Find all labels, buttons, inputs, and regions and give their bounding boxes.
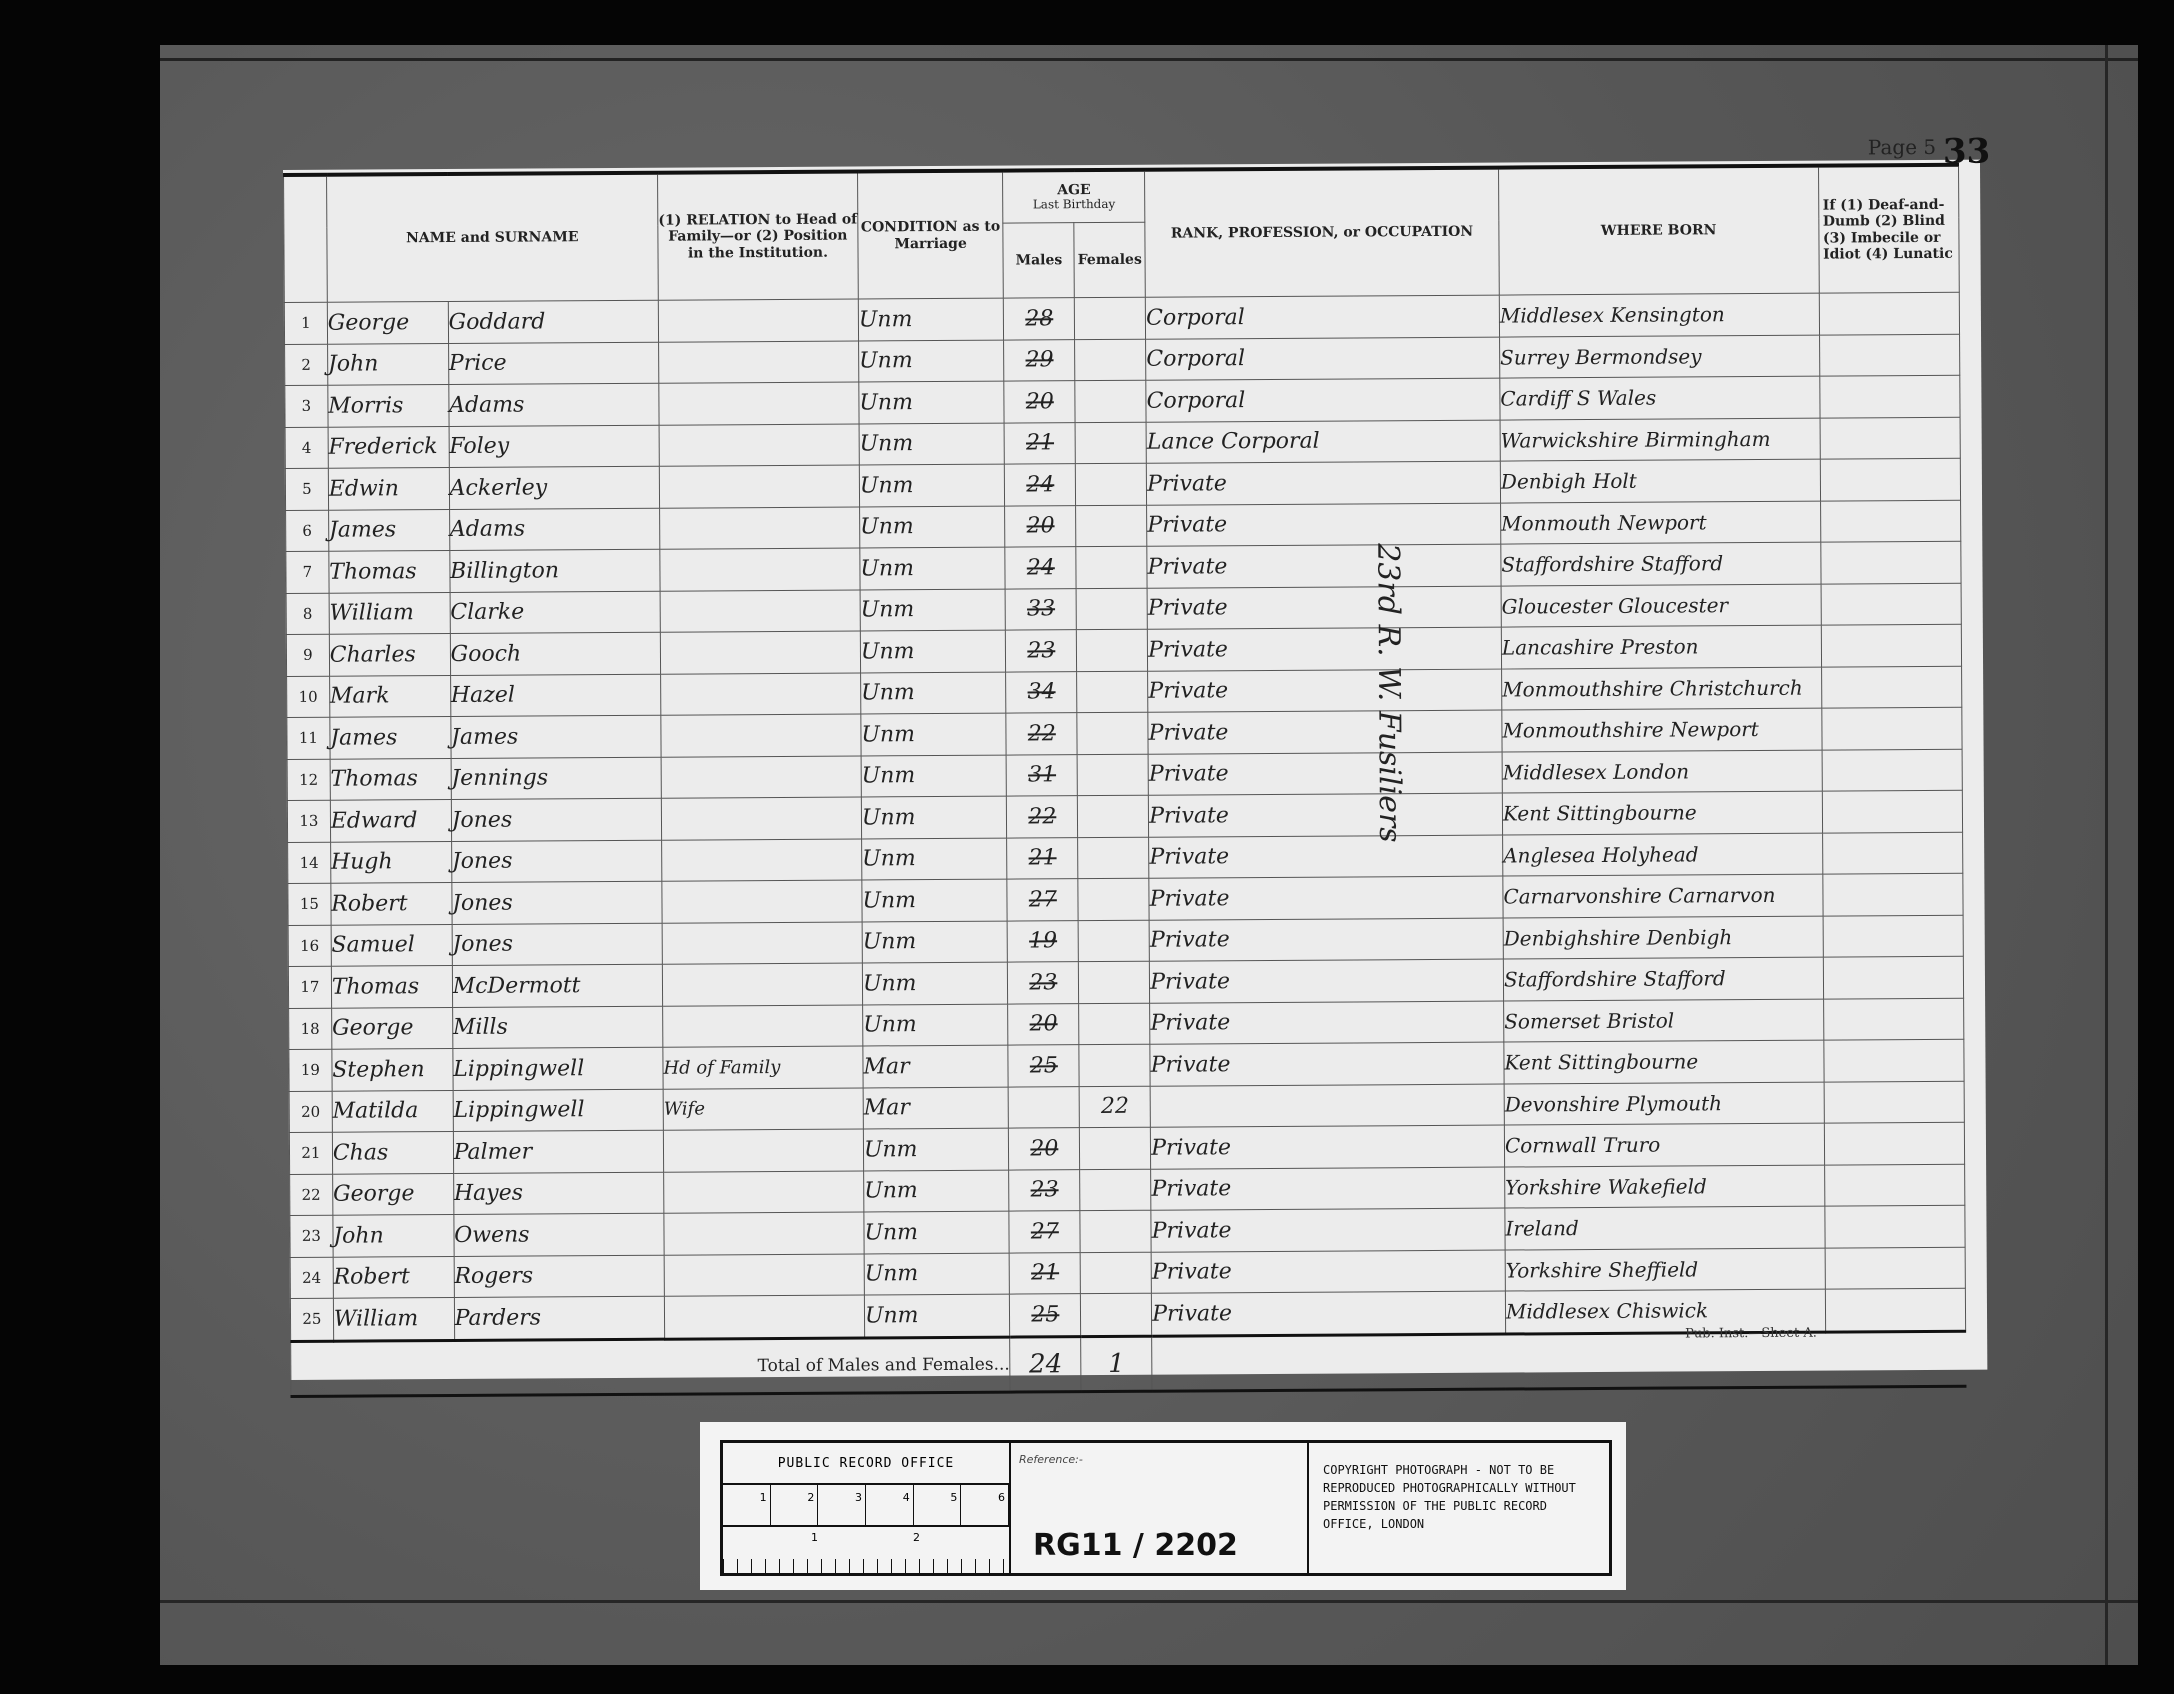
first-name: Thomas: [330, 758, 451, 800]
where-born: Monmouth Newport: [1501, 501, 1821, 544]
occupation: Private: [1149, 835, 1503, 879]
relation: [662, 880, 862, 923]
age-male: 24: [1005, 547, 1076, 589]
marital-condition: Unm: [858, 298, 1004, 340]
where-born: Yorkshire Sheffield: [1505, 1248, 1825, 1291]
age-male: 33: [1006, 588, 1077, 630]
surname: Foley: [449, 425, 660, 468]
age-male: 21: [1010, 1252, 1081, 1294]
age-male: 27: [1009, 1211, 1080, 1253]
relation: [659, 465, 859, 508]
relation: [660, 506, 860, 549]
infirmity: [1824, 1164, 1965, 1206]
first-name: Robert: [331, 882, 452, 924]
age-female: [1078, 795, 1149, 837]
relation: [663, 1004, 863, 1047]
where-born: Kent Sittingbourne: [1504, 1040, 1824, 1083]
surname: Goddard: [448, 300, 659, 343]
first-name: James: [330, 716, 451, 758]
row-number: 14: [288, 842, 331, 884]
header-row-number: [284, 175, 328, 303]
age-female: [1077, 712, 1148, 754]
row-number: 11: [287, 717, 330, 759]
marital-condition: Unm: [860, 630, 1006, 672]
scale-tick-label: 1: [811, 1531, 818, 1544]
scale-tick-label: 5: [914, 1485, 962, 1525]
surname: James: [451, 715, 662, 758]
label-frame: PUBLIC RECORD OFFICE 1 2 3 4 5 6 1 2 Ref…: [720, 1440, 1612, 1576]
age-male: 23: [1008, 962, 1079, 1004]
surname: Hayes: [453, 1172, 664, 1215]
row-number: 15: [288, 883, 331, 925]
scale-tick-label: 6: [961, 1485, 1009, 1525]
infirmity: [1825, 1247, 1966, 1289]
occupation: [1150, 1084, 1504, 1128]
relation: [661, 714, 861, 757]
surname: Jones: [451, 840, 662, 883]
scale-tick-label: 2: [771, 1485, 819, 1525]
first-name: George: [331, 1007, 452, 1049]
scale-tick-label: 4: [866, 1485, 914, 1525]
scale-tick-label: 3: [818, 1485, 866, 1525]
row-number: 3: [285, 385, 328, 427]
marital-condition: Unm: [861, 755, 1007, 797]
occupation: Corporal: [1146, 378, 1500, 422]
row-number: 1: [284, 302, 327, 344]
marital-condition: Unm: [859, 506, 1005, 548]
occupation: Private: [1147, 586, 1501, 630]
where-born: Monmouthshire Christchurch: [1502, 667, 1822, 710]
age-female: [1076, 588, 1147, 630]
header-name: NAME and SURNAME: [326, 173, 658, 303]
age-female: [1078, 878, 1149, 920]
marital-condition: Mar: [863, 1087, 1009, 1129]
age-female: [1077, 629, 1148, 671]
age-female: [1079, 961, 1150, 1003]
occupation: Private: [1150, 959, 1504, 1003]
total-males: 24: [1010, 1336, 1081, 1391]
relation: [662, 838, 862, 881]
occupation: Private: [1146, 461, 1500, 505]
surname: Jones: [452, 923, 663, 966]
surname: Lippingwell: [453, 1047, 664, 1090]
age-male: 31: [1007, 754, 1078, 796]
row-number: 19: [289, 1049, 332, 1091]
age-male: 19: [1008, 920, 1079, 962]
age-female: [1080, 1210, 1151, 1252]
where-born: Middlesex London: [1502, 750, 1822, 793]
surname: Hazel: [450, 674, 661, 717]
infirmity: [1823, 956, 1964, 998]
header-condition: CONDITION as to Marriage: [857, 171, 1003, 299]
first-name: William: [329, 592, 450, 634]
row-number: 5: [285, 468, 328, 510]
surname: Clarke: [450, 591, 661, 634]
public-record-office-label: PUBLIC RECORD OFFICE 1 2 3 4 5 6 1 2 Ref…: [700, 1422, 1626, 1590]
occupation: Private: [1148, 627, 1502, 671]
age-male: 24: [1005, 464, 1076, 506]
where-born: Staffordshire Stafford: [1503, 957, 1823, 1000]
infirmity: [1821, 707, 1962, 749]
marital-condition: Unm: [859, 464, 1005, 506]
header-occupation: RANK, PROFESSION, or OCCUPATION: [1145, 168, 1500, 298]
age-male: 28: [1004, 298, 1075, 340]
pro-scale-panel: PUBLIC RECORD OFFICE 1 2 3 4 5 6 1 2: [723, 1443, 1011, 1573]
relation: [662, 921, 862, 964]
relation: [664, 1170, 864, 1213]
row-number: 23: [290, 1215, 333, 1257]
relation: [660, 631, 860, 674]
where-born: Gloucester Gloucester: [1501, 584, 1821, 627]
age-female: [1079, 1044, 1150, 1086]
row-number: 12: [287, 759, 330, 801]
age-male: 25: [1010, 1294, 1081, 1337]
marital-condition: Unm: [861, 713, 1007, 755]
occupation: Private: [1147, 503, 1501, 547]
copyright-notice: COPYRIGHT PHOTOGRAPH - NOT TO BE REPRODU…: [1309, 1443, 1609, 1573]
infirmity: [1821, 624, 1962, 666]
infirmity: [1820, 541, 1961, 583]
surname: Lippingwell: [453, 1089, 664, 1132]
first-name: Stephen: [332, 1048, 453, 1090]
age-male: 25: [1008, 1045, 1079, 1087]
relation: Wife: [663, 1087, 863, 1130]
marital-condition: Unm: [864, 1211, 1010, 1253]
age-female: [1080, 1127, 1151, 1169]
first-name: Frederick: [328, 426, 449, 468]
where-born: Carnarvonshire Carnarvon: [1503, 874, 1823, 917]
age-male: 20: [1008, 1003, 1079, 1045]
age-female: [1076, 505, 1147, 547]
marital-condition: Unm: [861, 672, 1007, 714]
where-born: Warwickshire Birmingham: [1500, 418, 1820, 461]
relation: [664, 1295, 864, 1339]
surname: Palmer: [453, 1130, 664, 1173]
infirmity: [1825, 1288, 1966, 1331]
row-number: 8: [286, 593, 329, 635]
where-born: Somerset Bristol: [1504, 999, 1824, 1042]
reference-panel: Reference:- RG11 / 2202: [1011, 1443, 1309, 1573]
infirmity: [1820, 458, 1961, 500]
age-male: 22: [1007, 796, 1078, 838]
age-female: [1076, 463, 1147, 505]
surname: Gooch: [450, 632, 661, 675]
relation: [658, 340, 858, 383]
occupation: Corporal: [1146, 337, 1500, 381]
first-name: Hugh: [330, 841, 451, 883]
age-female: [1078, 920, 1149, 962]
age-male: 29: [1004, 339, 1075, 381]
infirmity: [1819, 292, 1960, 334]
total-females: 1: [1081, 1336, 1152, 1391]
age-female: [1075, 297, 1146, 339]
occupation: Private: [1148, 710, 1502, 754]
infirmity: [1824, 1122, 1965, 1164]
first-name: Matilda: [332, 1090, 453, 1132]
relation: Hd of Family: [663, 1046, 863, 1089]
infirmity: [1821, 583, 1962, 625]
infirmity: [1822, 873, 1963, 915]
relation: [664, 1253, 864, 1296]
scale-inch: 1 2: [723, 1527, 1009, 1573]
row-number: 4: [285, 427, 328, 469]
first-name: Charles: [329, 633, 450, 675]
marital-condition: Unm: [862, 921, 1008, 963]
marital-condition: Unm: [860, 547, 1006, 589]
row-number: 6: [286, 510, 329, 552]
row-number: 18: [289, 1008, 332, 1050]
age-female: [1079, 1003, 1150, 1045]
age-female: [1081, 1293, 1152, 1336]
where-born: Middlesex Kensington: [1499, 293, 1819, 336]
occupation: Private: [1150, 1042, 1504, 1086]
occupation: Private: [1147, 544, 1501, 588]
page-label: Page 5: [1868, 135, 1936, 159]
where-born: Monmouthshire Newport: [1502, 708, 1822, 751]
infirmity: [1823, 1039, 1964, 1081]
occupation: Private: [1149, 876, 1503, 920]
age-male: 27: [1007, 879, 1078, 921]
mount-border-right: [2105, 45, 2108, 1665]
occupation: Private: [1149, 918, 1503, 962]
surname: Ackerley: [449, 466, 660, 509]
relation: [659, 423, 859, 466]
occupation: Private: [1150, 1001, 1504, 1045]
header-males: Males: [1003, 223, 1074, 298]
marital-condition: Unm: [864, 1253, 1010, 1295]
header-relation: (1) RELATION to Head of Family—or (2) Po…: [657, 171, 858, 300]
row-number: 25: [290, 1298, 333, 1341]
census-table: NAME and SURNAME (1) RELATION to Head of…: [283, 163, 1966, 1398]
age-male: 23: [1006, 630, 1077, 672]
header-infirmity: If (1) Deaf-and-Dumb (2) Blind (3) Imbec…: [1818, 165, 1959, 293]
infirmity: [1822, 832, 1963, 874]
first-name: Morris: [328, 384, 449, 426]
footer-note: Pub. Inst.—Sheet A.: [1685, 1326, 1817, 1342]
age-female: [1077, 671, 1148, 713]
occupation: Corporal: [1145, 295, 1499, 339]
age-female: [1075, 339, 1146, 381]
reference-value: RG11 / 2202: [1033, 1528, 1238, 1563]
age-male: [1009, 1086, 1080, 1128]
first-name: George: [327, 301, 448, 343]
surname: Billington: [449, 549, 660, 592]
header-age: AGE Last Birthday: [1003, 170, 1145, 223]
reference-label: Reference:-: [1019, 1453, 1083, 1466]
age-female: [1080, 1169, 1151, 1211]
where-born: Denbighshire Denbigh: [1503, 916, 1823, 959]
occupation: Private: [1148, 752, 1502, 796]
age-female: [1075, 380, 1146, 422]
age-male: 20: [1005, 505, 1076, 547]
age-male: 22: [1006, 713, 1077, 755]
first-name: Edwin: [328, 467, 449, 509]
row-number: 22: [290, 1174, 333, 1216]
infirmity: [1823, 915, 1964, 957]
infirmity: [1821, 666, 1962, 708]
first-name: Samuel: [331, 924, 452, 966]
where-born: Staffordshire Stafford: [1501, 542, 1821, 585]
census-page: Page 5 33 NAME and SURNAME (1) RELATION …: [283, 160, 1987, 1380]
mount-border-bottom: [160, 1600, 2138, 1603]
age-male: 20: [1009, 1128, 1080, 1170]
row-number: 13: [287, 800, 330, 842]
row-number: 17: [288, 966, 331, 1008]
first-name: George: [332, 1173, 453, 1215]
first-name: Mark: [329, 675, 450, 717]
header-where-born: WHERE BORN: [1498, 166, 1818, 295]
age-female: [1076, 546, 1147, 588]
where-born: Lancashire Preston: [1501, 625, 1821, 668]
marital-condition: Mar: [863, 1045, 1009, 1087]
relation: [664, 1212, 864, 1255]
relation: [662, 963, 862, 1006]
where-born: Yorkshire Wakefield: [1505, 1165, 1825, 1208]
first-name: John: [333, 1214, 454, 1256]
where-born: Cornwall Truro: [1504, 1123, 1824, 1166]
marital-condition: Unm: [858, 340, 1004, 382]
surname: Price: [448, 342, 659, 385]
where-born: Surrey Bermondsey: [1499, 335, 1819, 378]
totals-label: Total of Males and Females...: [291, 1337, 1011, 1396]
marital-condition: Unm: [859, 381, 1005, 423]
first-name: Thomas: [331, 965, 452, 1007]
relation: [658, 299, 858, 342]
infirmity: [1823, 998, 1964, 1040]
marital-condition: Unm: [862, 838, 1008, 880]
infirmity: [1819, 334, 1960, 376]
surname: Jones: [451, 798, 662, 841]
occupation: Private: [1151, 1167, 1505, 1211]
where-born: Kent Sittingbourne: [1502, 791, 1822, 834]
header-age-title: AGE: [1004, 182, 1145, 199]
age-male: 21: [1005, 422, 1076, 464]
surname: Owens: [454, 1213, 665, 1256]
relation: [660, 589, 860, 632]
occupation: Private: [1152, 1291, 1506, 1336]
age-male: 34: [1006, 671, 1077, 713]
marital-condition: Unm: [864, 1294, 1010, 1337]
marital-condition: Unm: [859, 423, 1005, 465]
relation: [660, 548, 860, 591]
marital-condition: Unm: [864, 1170, 1010, 1212]
occupation: Private: [1151, 1208, 1505, 1252]
row-number: 24: [290, 1257, 333, 1299]
age-female: [1080, 1252, 1151, 1294]
age-female: [1077, 754, 1148, 796]
marital-condition: Unm: [862, 879, 1008, 921]
age-female: [1075, 422, 1146, 464]
occupation: Private: [1151, 1125, 1505, 1169]
surname: Rogers: [454, 1255, 665, 1298]
surname: McDermott: [452, 964, 663, 1007]
infirmity: [1824, 1081, 1965, 1123]
first-name: John: [327, 343, 448, 385]
where-born: Anglesea Holyhead: [1503, 833, 1823, 876]
scale-tick-label: 2: [913, 1531, 920, 1544]
where-born: Devonshire Plymouth: [1504, 1082, 1824, 1125]
marital-condition: Unm: [863, 1004, 1009, 1046]
infirmity: [1819, 375, 1960, 417]
infirmity: [1822, 749, 1963, 791]
surname: Parders: [454, 1296, 665, 1340]
mount-border-top: [160, 58, 2138, 61]
relation: [663, 1129, 863, 1172]
first-name: Chas: [332, 1131, 453, 1173]
row-number: 21: [289, 1132, 332, 1174]
first-name: Edward: [330, 799, 451, 841]
where-born: Denbigh Holt: [1500, 459, 1820, 502]
pro-title: PUBLIC RECORD OFFICE: [723, 1443, 1009, 1485]
infirmity: [1820, 500, 1961, 542]
occupation: Private: [1149, 793, 1503, 837]
totals-blank: [1152, 1331, 1966, 1391]
relation: [659, 382, 859, 425]
infirmity: [1820, 417, 1961, 459]
first-name: Robert: [333, 1256, 454, 1298]
scale-tick-label: 1: [723, 1485, 771, 1525]
marital-condition: Unm: [863, 1128, 1009, 1170]
surname: Jennings: [451, 757, 662, 800]
marital-condition: Unm: [862, 962, 1008, 1004]
relation: [661, 755, 861, 798]
relation: [661, 797, 861, 840]
surname: Adams: [449, 508, 660, 551]
age-male: 20: [1004, 381, 1075, 423]
infirmity: [1822, 790, 1963, 832]
infirmity: [1824, 1205, 1965, 1247]
occupation: Lance Corporal: [1146, 420, 1500, 464]
marital-condition: Unm: [861, 796, 1007, 838]
header-females: Females: [1074, 222, 1145, 297]
row-number: 9: [286, 634, 329, 676]
relation: [661, 672, 861, 715]
where-born: Cardiff S Wales: [1500, 376, 1820, 419]
age-female: [1078, 837, 1149, 879]
age-male: 21: [1007, 837, 1078, 879]
row-number: 20: [289, 1091, 332, 1133]
header-age-subtitle: Last Birthday: [1004, 198, 1145, 213]
first-name: James: [328, 509, 449, 551]
row-number: 10: [287, 676, 330, 718]
surname: Adams: [448, 383, 659, 426]
occupation: Private: [1151, 1250, 1505, 1294]
surname: Mills: [452, 1006, 663, 1049]
age-female: 22: [1079, 1086, 1150, 1128]
age-male: 23: [1009, 1169, 1080, 1211]
first-name: Thomas: [329, 550, 450, 592]
first-name: William: [333, 1297, 454, 1340]
surname: Jones: [452, 881, 663, 924]
row-number: 16: [288, 925, 331, 967]
occupation: Private: [1148, 669, 1502, 713]
row-number: 2: [285, 344, 328, 386]
scale-cm: 1 2 3 4 5 6: [723, 1485, 1009, 1527]
where-born: Ireland: [1505, 1206, 1825, 1249]
marital-condition: Unm: [860, 589, 1006, 631]
row-number: 7: [286, 551, 329, 593]
margin-annotation: 23rd R. W. Fusiliers: [1370, 543, 1407, 843]
